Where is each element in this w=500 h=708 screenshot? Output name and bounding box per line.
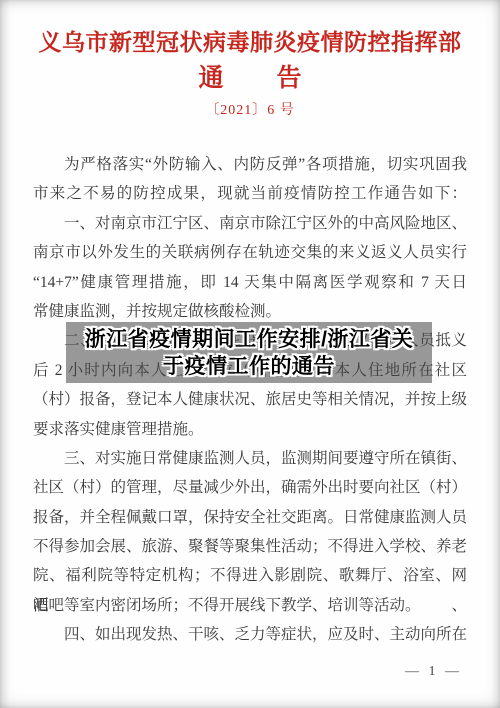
- body-line: 一、对南京市江宁区、南京市除江宁区外的中高风险地区、: [33, 209, 467, 238]
- watermark-band: 浙江省疫情期间工作安排/浙江省关 于疫情工作的通告: [66, 322, 432, 383]
- notice-body: 为严格落实“外防输入、内防反弹”各项措施，切实巩固我市来之不易的防控成果，现就当…: [33, 150, 467, 650]
- body-line: 报备，并全程佩戴口罩，保持安全社交距离。日常健康监测人员: [33, 503, 467, 532]
- watermark-text-line2: 于疫情工作的通告: [163, 353, 335, 380]
- body-line: 院、福利院等特定机构；不得进入影剧院、歌舞厅、浴室、网吧、: [33, 561, 467, 590]
- body-line: “14+7”健康管理措施，即 14 天集中隔离医学观察和 7 天日: [33, 268, 467, 297]
- page-number: — 1 —: [405, 664, 462, 680]
- body-line: 要求落实健康管理措施。: [33, 415, 467, 444]
- body-line: 市来之不易的防控成果，现就当前疫情防控工作通告如下：: [33, 179, 467, 208]
- notice-title: 义乌市新型冠状病毒肺炎疫情防控指挥部: [0, 24, 500, 57]
- body-line: 南京市以外发生的关联病例存在轨迹交集的来义返义人员实行: [33, 238, 467, 267]
- body-line: 酒吧等室内密闭场所；不得开展线下教学、培训等活动。: [33, 591, 467, 620]
- body-line: （村）报备，登记本人健康状况、旅居史等相关情况，并按上级: [33, 385, 467, 414]
- body-line: 不得参加会展、旅游、聚餐等聚集性活动；不得进入学校、养老: [33, 532, 467, 561]
- body-line: 社区（村）的管理，尽量减少外出，确需外出时要向社区（村）: [33, 473, 467, 502]
- body-line: 三、对实施日常健康监测人员，监测期间要遵守所在镇街、: [33, 444, 467, 473]
- document-number: 〔2021〕6 号: [0, 99, 500, 119]
- body-line: 为严格落实“外防输入、内防反弹”各项措施，切实巩固我: [33, 150, 467, 179]
- scanned-notice-page: 义乌市新型冠状病毒肺炎疫情防控指挥部 通 告 〔2021〕6 号 为严格落实“外…: [0, 0, 500, 708]
- watermark-text-line1: 浙江省疫情期间工作安排/浙江省关: [85, 326, 414, 353]
- notice-subtitle: 通 告: [0, 58, 500, 94]
- body-line: 四、如出现发热、干咳、乏力等症状，应及时、主动向所在: [33, 620, 467, 649]
